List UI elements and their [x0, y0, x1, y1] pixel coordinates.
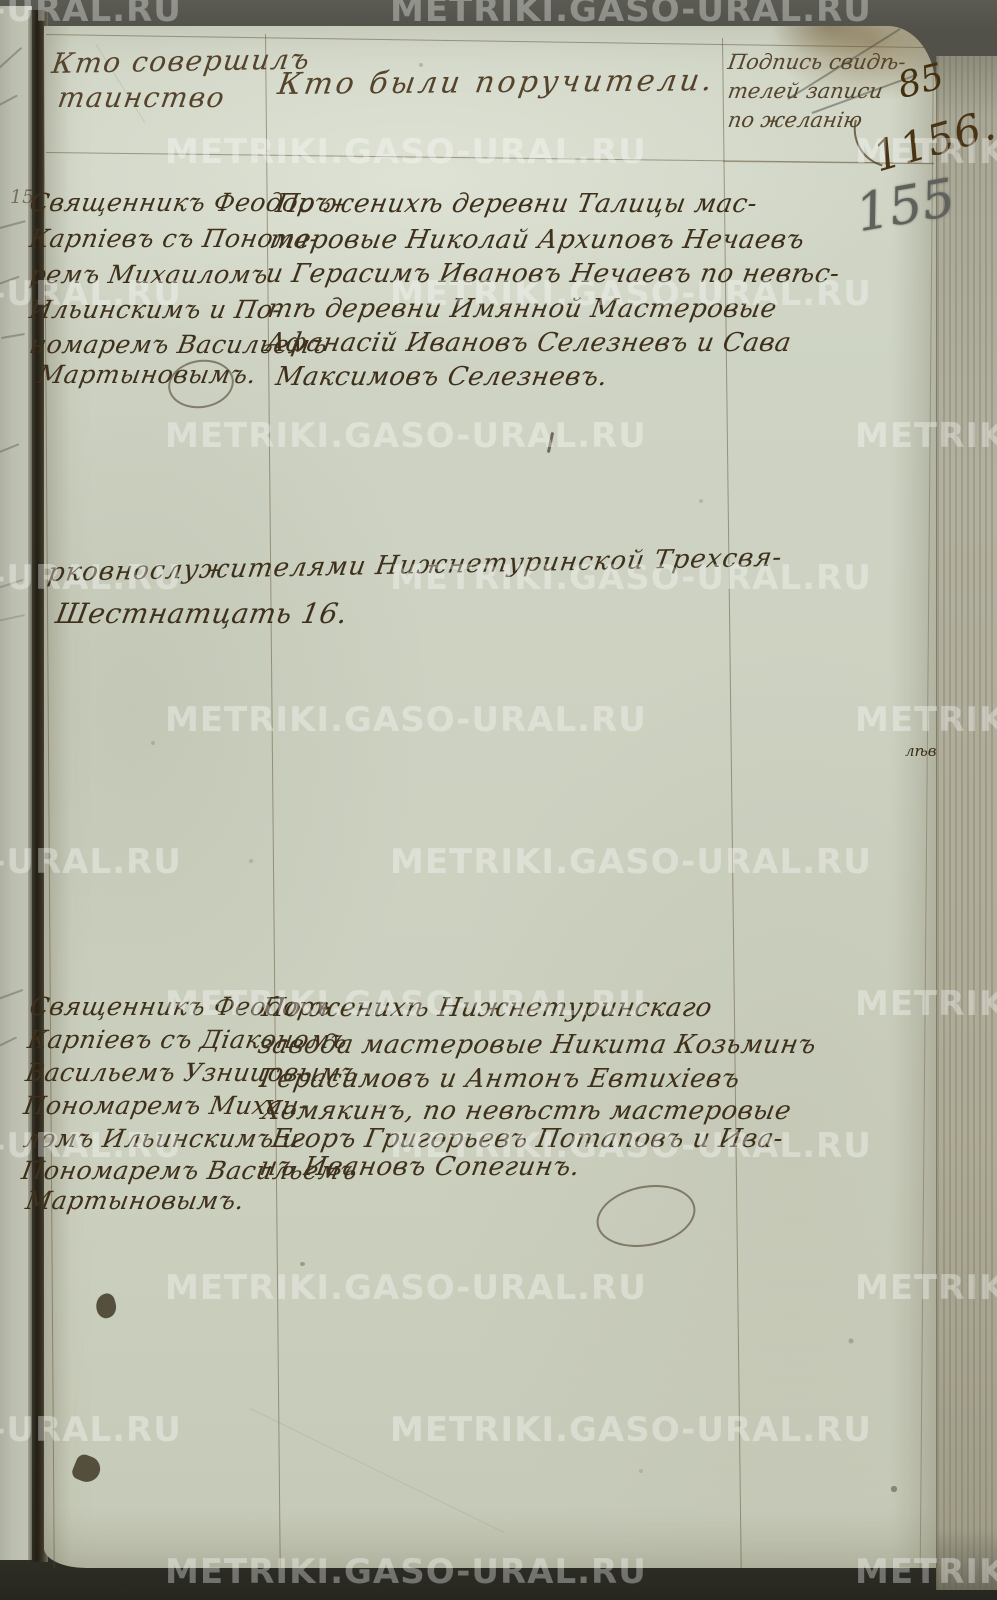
paper-specks [0, 0, 2, 2]
margin-side-note: лѣв [905, 744, 937, 759]
header-signature-line2: телей записи [726, 81, 884, 102]
entry2-witnesses-line: завода мастеровые Никита Козьминъ [256, 1032, 819, 1058]
entry2-witnesses-line: По женихѣ Нижнетуринскаго [260, 995, 714, 1021]
entry1-witnesses-line: теровые Николай Архиповъ Нечаевъ [268, 227, 807, 253]
entry2-officiant-line: Мартыновымъ. [24, 1188, 247, 1213]
scanned-metric-book-page: Кто совершилъ таинство Кто были поручите… [0, 0, 997, 1600]
summary-line: Шестнатцать 16. [54, 600, 350, 628]
header-signature-line1: Подпись свидѣ- [726, 52, 907, 73]
entry1-witnesses-line: По женихѣ деревни Талицы мас- [274, 191, 760, 217]
entry1-witnesses-line: и Герасимъ Ивановъ Нечаевъ по невѣс- [264, 261, 842, 287]
header-witnesses: Кто были поручители. [276, 66, 717, 100]
entry1-officiant-line: Ильинскимъ и По- [28, 297, 284, 322]
paper-sheet [44, 26, 936, 1568]
entry-margin-number: 15 [10, 188, 34, 207]
ink-speck [300, 1262, 305, 1266]
entry2-witnesses-line: Хомякинъ, по невѣстѣ мастеровые [260, 1098, 794, 1124]
entry1-witnesses-line: Максимовъ Селезневъ. [274, 364, 610, 390]
entry2-witnesses-line: Егоръ Григорьевъ Потаповъ и Ива- [270, 1126, 786, 1152]
header-officiant-line2: таинство [56, 84, 228, 112]
entry2-officiant-line: ломъ Ильинскимъ и [22, 1126, 302, 1151]
entry1-officiant-line: ремъ Михаиломъ [28, 262, 271, 287]
page-stack-edge [936, 56, 997, 1590]
entry2-witnesses-line: нъ Ивановъ Сопегинъ. [258, 1154, 582, 1180]
entry1-officiant-line: Мартыновымъ. [36, 362, 259, 387]
entry2-witnesses-line: Герасимовъ и Антонъ Евтихіевъ [258, 1066, 742, 1092]
header-officiant-line1: Кто совершилъ [50, 46, 312, 78]
header-signature-line3: по желанію [726, 110, 863, 131]
entry1-witnesses-line: тѣ деревни Имянной Мастеровые [266, 296, 779, 322]
entry1-witnesses-line: Афанасій Ивановъ Селезневъ и Сава [264, 330, 794, 356]
